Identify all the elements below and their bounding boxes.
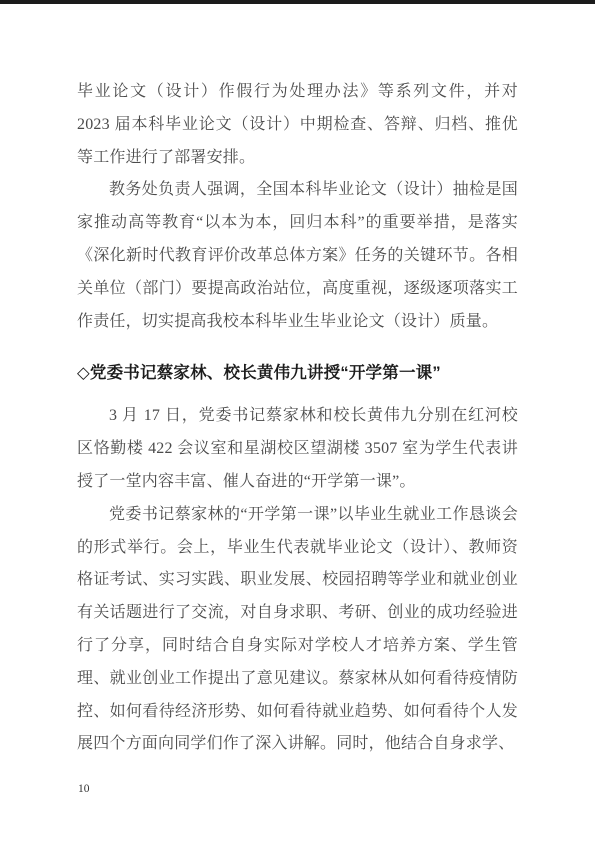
page-content: 毕业论文（设计）作假行为处理办法》等系列文件，并对 2023 届本科毕业论文（设… (77, 76, 518, 761)
paragraph: 3 月 17 日，党委书记蔡家林和校长黄伟九分别在红河校区恪勤楼 422 会议室… (77, 400, 518, 498)
paragraph: 教务处负责人强调，全国本科毕业论文（设计）抽检是国家推动高等教育“以本为本，回归… (77, 174, 518, 338)
page-top-border (0, 0, 595, 4)
document-page: 毕业论文（设计）作假行为处理办法》等系列文件，并对 2023 届本科毕业论文（设… (0, 0, 595, 841)
page-number: 10 (78, 783, 90, 795)
paragraph: 党委书记蔡家林的“开学第一课”以毕业生就业工作恳谈会的形式举行。会上，毕业生代表… (77, 499, 518, 761)
section-heading: ◇党委书记蔡家林、校长黄伟九讲授“开学第一课” (77, 357, 518, 390)
paragraph-continuation: 毕业论文（设计）作假行为处理办法》等系列文件，并对 2023 届本科毕业论文（设… (77, 76, 518, 174)
